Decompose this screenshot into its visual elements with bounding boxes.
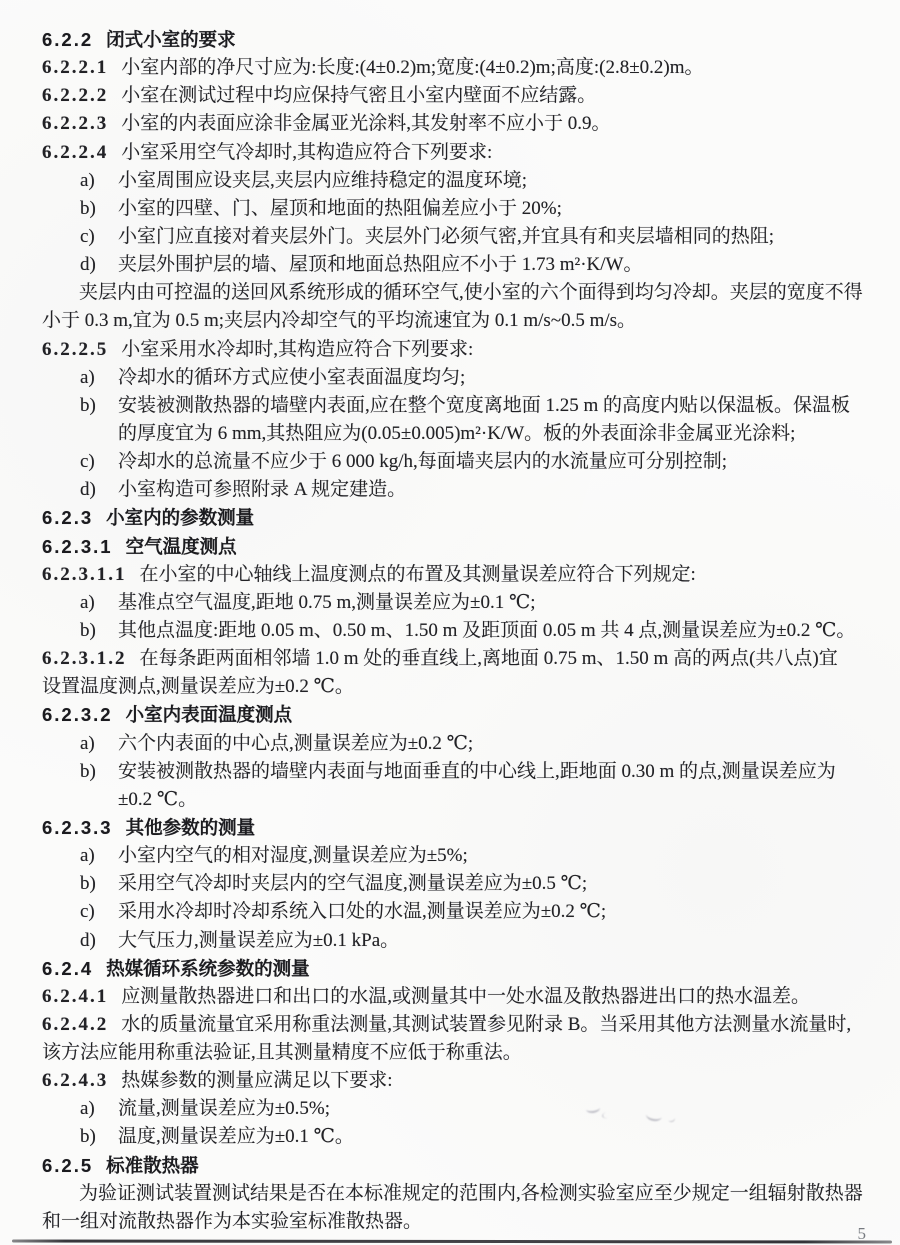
list-item-label: a): [80, 1095, 118, 1123]
line-text: 冷却水的循环方式应使小室表面温度均匀;: [118, 367, 465, 388]
list-item-label: d): [80, 927, 118, 955]
clause-number: 6.2.2.1: [42, 57, 108, 78]
line-text: 在每条距两面相邻墙 1.0 m 处的垂直线上,离地面 0.75 m、1.50 m…: [140, 648, 838, 669]
clause-number: 6.2.3.1: [42, 536, 113, 557]
line-text: 其他点温度:距地 0.05 m、0.50 m、1.50 m 及距顶面 0.05 …: [118, 620, 855, 641]
line-text: 的厚度宜为 6 mm,其热阻应为(0.05±0.005)m²·K/W。板的外表面…: [118, 423, 795, 444]
line-text: 闭式小室的要求: [106, 29, 236, 50]
line-text: 在小室的中心轴线上温度测点的布置及其测量误差应符合下列规定:: [140, 564, 696, 585]
line-text: ±0.2 ℃。: [118, 789, 197, 810]
line-text: 冷却水的总流量不应少于 6 000 kg/h,每面墙夹层内的水流量应可分别控制;: [118, 451, 727, 472]
list-item-label: b): [80, 617, 118, 645]
heading-line: 6.2.3小室内的参数测量: [42, 504, 896, 532]
clause-number: 6.2.4.1: [42, 986, 108, 1007]
list-item-label: b): [80, 758, 118, 786]
list-item-label: b): [80, 195, 118, 223]
clause-number: 6.2.2.3: [42, 113, 108, 134]
line-text: 小室周围应设夹层,夹层内应维持稳定的温度环境;: [118, 170, 527, 191]
text-line: a)冷却水的循环方式应使小室表面温度均匀;: [42, 364, 896, 392]
text-line: a)六个内表面的中心点,测量误差应为±0.2 ℃;: [42, 730, 896, 758]
text-line: b)采用空气冷却时夹层内的空气温度,测量误差应为±0.5 ℃;: [42, 870, 896, 898]
list-item-label: b): [80, 1123, 118, 1151]
clause-number: 6.2.4.2: [42, 1014, 108, 1035]
line-text: 小室的内表面应涂非金属亚光涂料,其发射率不应小于 0.9。: [121, 113, 610, 134]
clause-number: 6.2.3.3: [42, 817, 113, 838]
heading-line: 6.2.3.1空气温度测点: [42, 533, 896, 561]
line-text: 水的质量流量宜采用称重法测量,其测试装置参见附录 B。当采用其他方法测量水流量时…: [121, 1014, 851, 1035]
heading-line: 6.2.2闭式小室的要求: [42, 26, 896, 54]
line-text: 六个内表面的中心点,测量误差应为±0.2 ℃;: [118, 733, 473, 754]
text-line: 6.2.4.1应测量散热器进口和出口的水温,或测量其中一处水温及散热器进出口的热…: [42, 983, 896, 1011]
text-line: c)冷却水的总流量不应少于 6 000 kg/h,每面墙夹层内的水流量应可分别控…: [42, 448, 896, 476]
line-text: 温度,测量误差应为±0.1 ℃。: [118, 1126, 354, 1147]
clause-number: 6.2.3.1.1: [42, 564, 127, 585]
line-text: 该方法应能用称重法验证,且其测量精度不应低于称重法。: [42, 1042, 522, 1063]
text-line: a)小室内空气的相对湿度,测量误差应为±5%;: [42, 842, 896, 870]
scanned-document-page: 6.2.2闭式小室的要求6.2.2.1小室内部的净尺寸应为:长度:(4±0.2)…: [0, 0, 900, 1245]
text-line: c)小室门应直接对着夹层外门。夹层外门必须气密,并宜具有和夹层墙相同的热阻;: [42, 223, 896, 251]
text-line: b)温度,测量误差应为±0.1 ℃。: [42, 1123, 896, 1151]
list-item-label: a): [80, 167, 118, 195]
text-line: 夹层内由可控温的送回风系统形成的循环空气,使小室的六个面得到均匀冷却。夹层的宽度…: [42, 279, 896, 307]
line-text: 标准散热器: [106, 1155, 199, 1176]
text-line: 设置温度测点,测量误差应为±0.2 ℃。: [42, 673, 896, 701]
list-item-label: c): [80, 223, 118, 251]
text-line: b)安装被测散热器的墙壁内表面与地面垂直的中心线上,距地面 0.30 m 的点,…: [42, 758, 896, 786]
line-text: 热媒循环系统参数的测量: [106, 958, 310, 979]
list-item-label: b): [80, 392, 118, 420]
document-body: 6.2.2闭式小室的要求6.2.2.1小室内部的净尺寸应为:长度:(4±0.2)…: [0, 0, 900, 1236]
text-line: 6.2.3.1.2在每条距两面相邻墙 1.0 m 处的垂直线上,离地面 0.75…: [42, 645, 896, 673]
text-line: b)安装被测散热器的墙壁内表面,应在整个宽度离地面 1.25 m 的高度内贴以保…: [42, 392, 896, 420]
line-text: 小室内的参数测量: [106, 507, 254, 528]
clause-number: 6.2.2.4: [42, 142, 108, 163]
heading-line: 6.2.5标准散热器: [42, 1152, 896, 1180]
clause-number: 6.2.5: [42, 1155, 93, 1176]
clause-number: 6.2.2.5: [42, 339, 108, 360]
heading-line: 6.2.3.3其他参数的测量: [42, 814, 896, 842]
text-line: d)大气压力,测量误差应为±0.1 kPa。: [42, 927, 896, 955]
line-text: 小室内部的净尺寸应为:长度:(4±0.2)m;宽度:(4±0.2)m;高度:(2…: [121, 57, 703, 78]
text-line: 和一组对流散热器作为本实验室标准散热器。: [42, 1208, 896, 1236]
text-line: 6.2.4.3热媒参数的测量应满足以下要求:: [42, 1067, 896, 1095]
list-item-label: b): [80, 870, 118, 898]
line-text: 设置温度测点,测量误差应为±0.2 ℃。: [42, 676, 354, 697]
text-line: 6.2.2.4小室采用空气冷却时,其构造应符合下列要求:: [42, 139, 896, 167]
text-line: 6.2.2.2小室在测试过程中均应保持气密且小室内壁面不应结露。: [42, 82, 896, 110]
line-text: 热媒参数的测量应满足以下要求:: [121, 1070, 392, 1091]
line-text: 空气温度测点: [126, 536, 237, 557]
text-line: a)基准点空气温度,距地 0.75 m,测量误差应为±0.1 ℃;: [42, 589, 896, 617]
line-text: 安装被测散热器的墙壁内表面,应在整个宽度离地面 1.25 m 的高度内贴以保温板…: [118, 395, 850, 416]
text-line: 6.2.4.2水的质量流量宜采用称重法测量,其测试装置参见附录 B。当采用其他方…: [42, 1011, 896, 1039]
line-text: 小室内表面温度测点: [126, 704, 293, 725]
line-text: 夹层内由可控温的送回风系统形成的循环空气,使小室的六个面得到均匀冷却。夹层的宽度…: [79, 282, 863, 303]
list-item-label: c): [80, 448, 118, 476]
line-text: 小室构造可参照附录 A 规定建造。: [118, 479, 406, 500]
line-text: 采用空气冷却时夹层内的空气温度,测量误差应为±0.5 ℃;: [118, 873, 587, 894]
text-line: ±0.2 ℃。: [42, 786, 896, 814]
list-item-label: c): [80, 898, 118, 926]
heading-line: 6.2.4热媒循环系统参数的测量: [42, 955, 896, 983]
text-line: 6.2.3.1.1在小室的中心轴线上温度测点的布置及其测量误差应符合下列规定:: [42, 561, 896, 589]
line-text: 小室采用水冷却时,其构造应符合下列要求:: [121, 339, 473, 360]
clause-number: 6.2.3: [42, 507, 93, 528]
clause-number: 6.2.4: [42, 958, 93, 979]
line-text: 夹层外围护层的墙、屋顶和地面总热阻应不小于 1.73 m²·K/W。: [118, 254, 643, 275]
text-line: c)采用水冷却时冷却系统入口处的水温,测量误差应为±0.2 ℃;: [42, 898, 896, 926]
list-item-label: d): [80, 251, 118, 279]
list-item-label: d): [80, 476, 118, 504]
list-item-label: a): [80, 364, 118, 392]
text-line: 6.2.2.1小室内部的净尺寸应为:长度:(4±0.2)m;宽度:(4±0.2)…: [42, 54, 896, 82]
line-text: 采用水冷却时冷却系统入口处的水温,测量误差应为±0.2 ℃;: [118, 901, 606, 922]
clause-number: 6.2.3.1.2: [42, 648, 127, 669]
list-item-label: a): [80, 842, 118, 870]
text-line: d)夹层外围护层的墙、屋顶和地面总热阻应不小于 1.73 m²·K/W。: [42, 251, 896, 279]
text-line: a)流量,测量误差应为±0.5%;: [42, 1095, 896, 1123]
line-text: 为验证测试装置测试结果是否在本标准规定的范围内,各检测实验室应至少规定一组辐射散…: [79, 1183, 863, 1204]
line-text: 小室在测试过程中均应保持气密且小室内壁面不应结露。: [121, 85, 596, 106]
list-item-label: a): [80, 730, 118, 758]
text-line: b)小室的四壁、门、屋顶和地面的热阻偏差应小于 20%;: [42, 195, 896, 223]
clause-number: 6.2.2.2: [42, 85, 108, 106]
line-text: 小室采用空气冷却时,其构造应符合下列要求:: [121, 142, 492, 163]
scan-artifact-line: [12, 1240, 892, 1244]
line-text: 大气压力,测量误差应为±0.1 kPa。: [118, 930, 399, 951]
heading-line: 6.2.3.2小室内表面温度测点: [42, 701, 896, 729]
list-item-label: a): [80, 589, 118, 617]
line-text: 应测量散热器进口和出口的水温,或测量其中一处水温及散热器进出口的热水温差。: [121, 986, 810, 1007]
text-line: 6.2.2.5小室采用水冷却时,其构造应符合下列要求:: [42, 336, 896, 364]
line-text: 其他参数的测量: [126, 817, 256, 838]
line-text: 小室内空气的相对湿度,测量误差应为±5%;: [118, 845, 468, 866]
line-text: 小室的四壁、门、屋顶和地面的热阻偏差应小于 20%;: [118, 198, 562, 219]
text-line: a)小室周围应设夹层,夹层内应维持稳定的温度环境;: [42, 167, 896, 195]
clause-number: 6.2.2: [42, 29, 93, 50]
text-line: d)小室构造可参照附录 A 规定建造。: [42, 476, 896, 504]
clause-number: 6.2.4.3: [42, 1070, 108, 1091]
line-text: 小室门应直接对着夹层外门。夹层外门必须气密,并宜具有和夹层墙相同的热阻;: [118, 226, 774, 247]
text-line: 小于 0.3 m,宜为 0.5 m;夹层内冷却空气的平均流速宜为 0.1 m/s…: [42, 307, 896, 335]
text-line: 为验证测试装置测试结果是否在本标准规定的范围内,各检测实验室应至少规定一组辐射散…: [42, 1180, 896, 1208]
line-text: 流量,测量误差应为±0.5%;: [118, 1098, 330, 1119]
text-line: 的厚度宜为 6 mm,其热阻应为(0.05±0.005)m²·K/W。板的外表面…: [42, 420, 896, 448]
line-text: 安装被测散热器的墙壁内表面与地面垂直的中心线上,距地面 0.30 m 的点,测量…: [118, 761, 836, 782]
line-text: 和一组对流散热器作为本实验室标准散热器。: [42, 1211, 422, 1232]
line-text: 小于 0.3 m,宜为 0.5 m;夹层内冷却空气的平均流速宜为 0.1 m/s…: [42, 310, 636, 331]
text-line: 该方法应能用称重法验证,且其测量精度不应低于称重法。: [42, 1039, 896, 1067]
clause-number: 6.2.3.2: [42, 704, 113, 725]
text-line: b)其他点温度:距地 0.05 m、0.50 m、1.50 m 及距顶面 0.0…: [42, 617, 896, 645]
text-line: 6.2.2.3小室的内表面应涂非金属亚光涂料,其发射率不应小于 0.9。: [42, 110, 896, 138]
line-text: 基准点空气温度,距地 0.75 m,测量误差应为±0.1 ℃;: [118, 592, 536, 613]
